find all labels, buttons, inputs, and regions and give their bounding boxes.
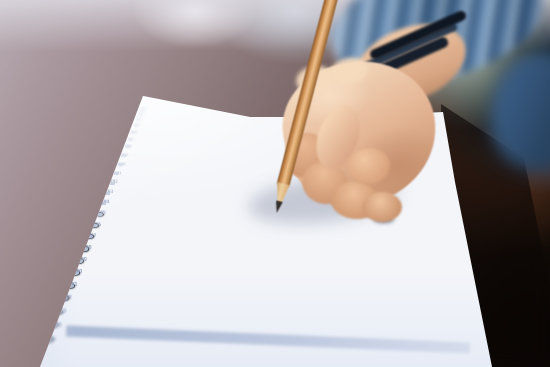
curled-finger [362,192,402,222]
photo-exam-scene: 1316191121151181211232629212215218221233… [0,0,550,367]
pencil-graphite-tip [273,200,283,213]
